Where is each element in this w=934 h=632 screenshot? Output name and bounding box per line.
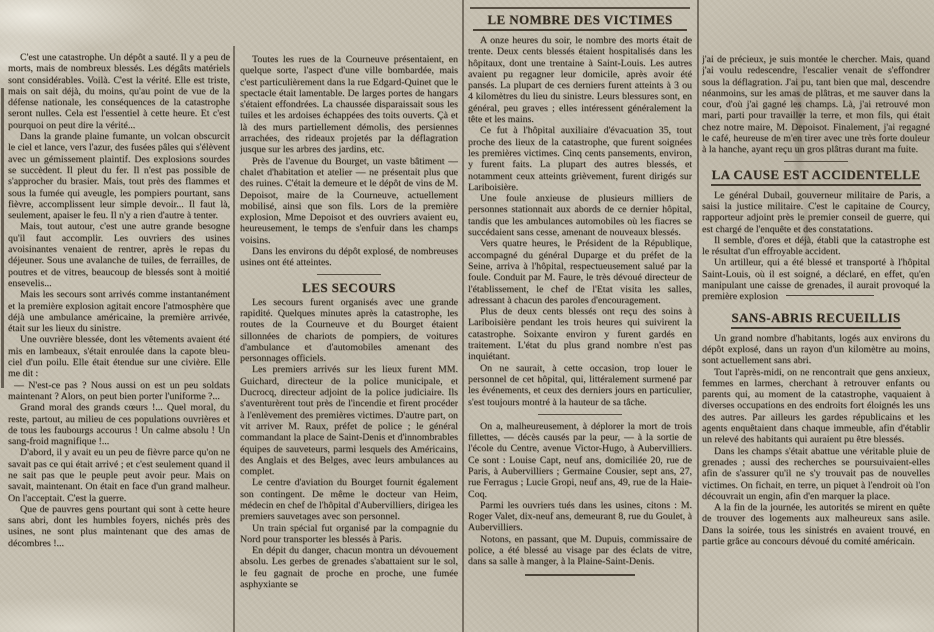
paragraph: Une ouvrière blessée, dont les vêtements… bbox=[8, 334, 230, 379]
paragraph: En dépit du danger, chacun montra un dév… bbox=[240, 545, 458, 590]
column-divider bbox=[462, 0, 464, 632]
paragraph: A onze heures du soir, le nombre des mor… bbox=[468, 35, 692, 125]
newspaper-clipping: C'est une catastrophe. Un dépôt a sauté.… bbox=[0, 0, 934, 632]
clipping-edge-line bbox=[1, 88, 4, 388]
section-divider-rule bbox=[784, 161, 848, 162]
paragraph-end-dash bbox=[786, 295, 874, 296]
paragraph: Il semble, d'ores et déjà, établi que la… bbox=[702, 235, 930, 258]
paragraph: Plus de deux cents blessés ont reçu des … bbox=[468, 306, 692, 362]
paragraph: Un train spécial fut organisé par la com… bbox=[240, 523, 458, 546]
column-1: C'est une catastrophe. Un dépôt a sauté.… bbox=[8, 52, 230, 630]
column-divider bbox=[233, 46, 235, 632]
article-end-rule bbox=[525, 574, 635, 576]
paragraph: Grand moral des grands cœurs !... Quel m… bbox=[8, 402, 230, 447]
section-top-rule bbox=[470, 7, 690, 9]
headline-nombre-victimes: LE NOMBRE DES VICTIMES bbox=[468, 12, 692, 27]
paragraph: Tout l'après-midi, on ne rencontrait que… bbox=[702, 367, 930, 446]
paragraph: Une foule anxieuse de plusieurs milliers… bbox=[468, 193, 692, 238]
paragraph: Que de pauvres gens pourtant qui sont à … bbox=[8, 504, 230, 549]
paragraph: Le général Dubail, gouverneur militaire … bbox=[702, 190, 930, 235]
quote-continuation-paragraph: j'ai de précieux, je suis montée le cher… bbox=[702, 54, 930, 156]
paragraph: Près de l'avenue du Bourget, un vaste bâ… bbox=[240, 156, 458, 246]
paragraph: Les secours furent organisés avec une gr… bbox=[240, 297, 458, 365]
paragraph: Le centre d'aviation du Bourget fournit … bbox=[240, 477, 458, 522]
paragraph: Un artilleur, qui a été blessé et transp… bbox=[702, 257, 930, 302]
paragraph: Ce fut à l'hôpital auxiliaire d'évacuati… bbox=[468, 125, 692, 193]
paragraph: Parmi les ouvriers tués dans les usines,… bbox=[468, 500, 692, 534]
section-divider-rule bbox=[317, 274, 381, 275]
headline-underline bbox=[711, 184, 921, 186]
headline-sans-abris: SANS-ABRIS RECUEILLIS bbox=[702, 310, 930, 325]
paragraph: Vers quatre heures, le Président de la R… bbox=[468, 238, 692, 306]
paragraph: Mais, tout autour, c'est une autre grand… bbox=[8, 221, 230, 289]
paragraph: Toutes les rues de la Courneuve présenta… bbox=[240, 54, 458, 156]
paragraph: Mais les secours sont arrivés comme inst… bbox=[8, 289, 230, 334]
headline-les-secours: LES SECOURS bbox=[240, 280, 458, 295]
column-3: LE NOMBRE DES VICTIMES A onze heures du … bbox=[468, 12, 692, 630]
paragraph: D'abord, il y avait eu un peu de fièvre … bbox=[8, 447, 230, 503]
headline-underline bbox=[731, 327, 901, 329]
headline-underline bbox=[473, 29, 687, 31]
paragraph: On a, malheureusement, à déplorer la mor… bbox=[468, 421, 692, 500]
paragraph: C'est une catastrophe. Un dépôt a sauté.… bbox=[8, 52, 230, 131]
section-divider-rule bbox=[538, 414, 622, 415]
paragraph: On ne saurait, à cette occasion, trop lo… bbox=[468, 363, 692, 408]
paragraph: Un grand nombre d'habitants, logés aux e… bbox=[702, 333, 930, 367]
paragraph: Dans les environs du dépôt explosé, de n… bbox=[240, 246, 458, 269]
paragraph: Dans la grande plaine fumante, un volcan… bbox=[8, 131, 230, 221]
headline-cause-accidentelle: LA CAUSE EST ACCIDENTELLE bbox=[702, 167, 930, 182]
paragraph: A la fin de la journée, les autorités se… bbox=[702, 502, 930, 547]
column-4: j'ai de précieux, je suis montée le cher… bbox=[702, 54, 930, 630]
paragraph: Les premiers arrivés sur les lieux furen… bbox=[240, 364, 458, 477]
paragraph: Notons, en passant, que M. Dupuis, commi… bbox=[468, 534, 692, 568]
column-divider bbox=[697, 0, 699, 632]
quote-paragraph: — N'est-ce pas ? Nous aussi on est un pe… bbox=[8, 380, 230, 403]
column-2: Toutes les rues de la Courneuve présenta… bbox=[240, 54, 458, 630]
paragraph: Dans les champs s'était abattue une véri… bbox=[702, 446, 930, 502]
